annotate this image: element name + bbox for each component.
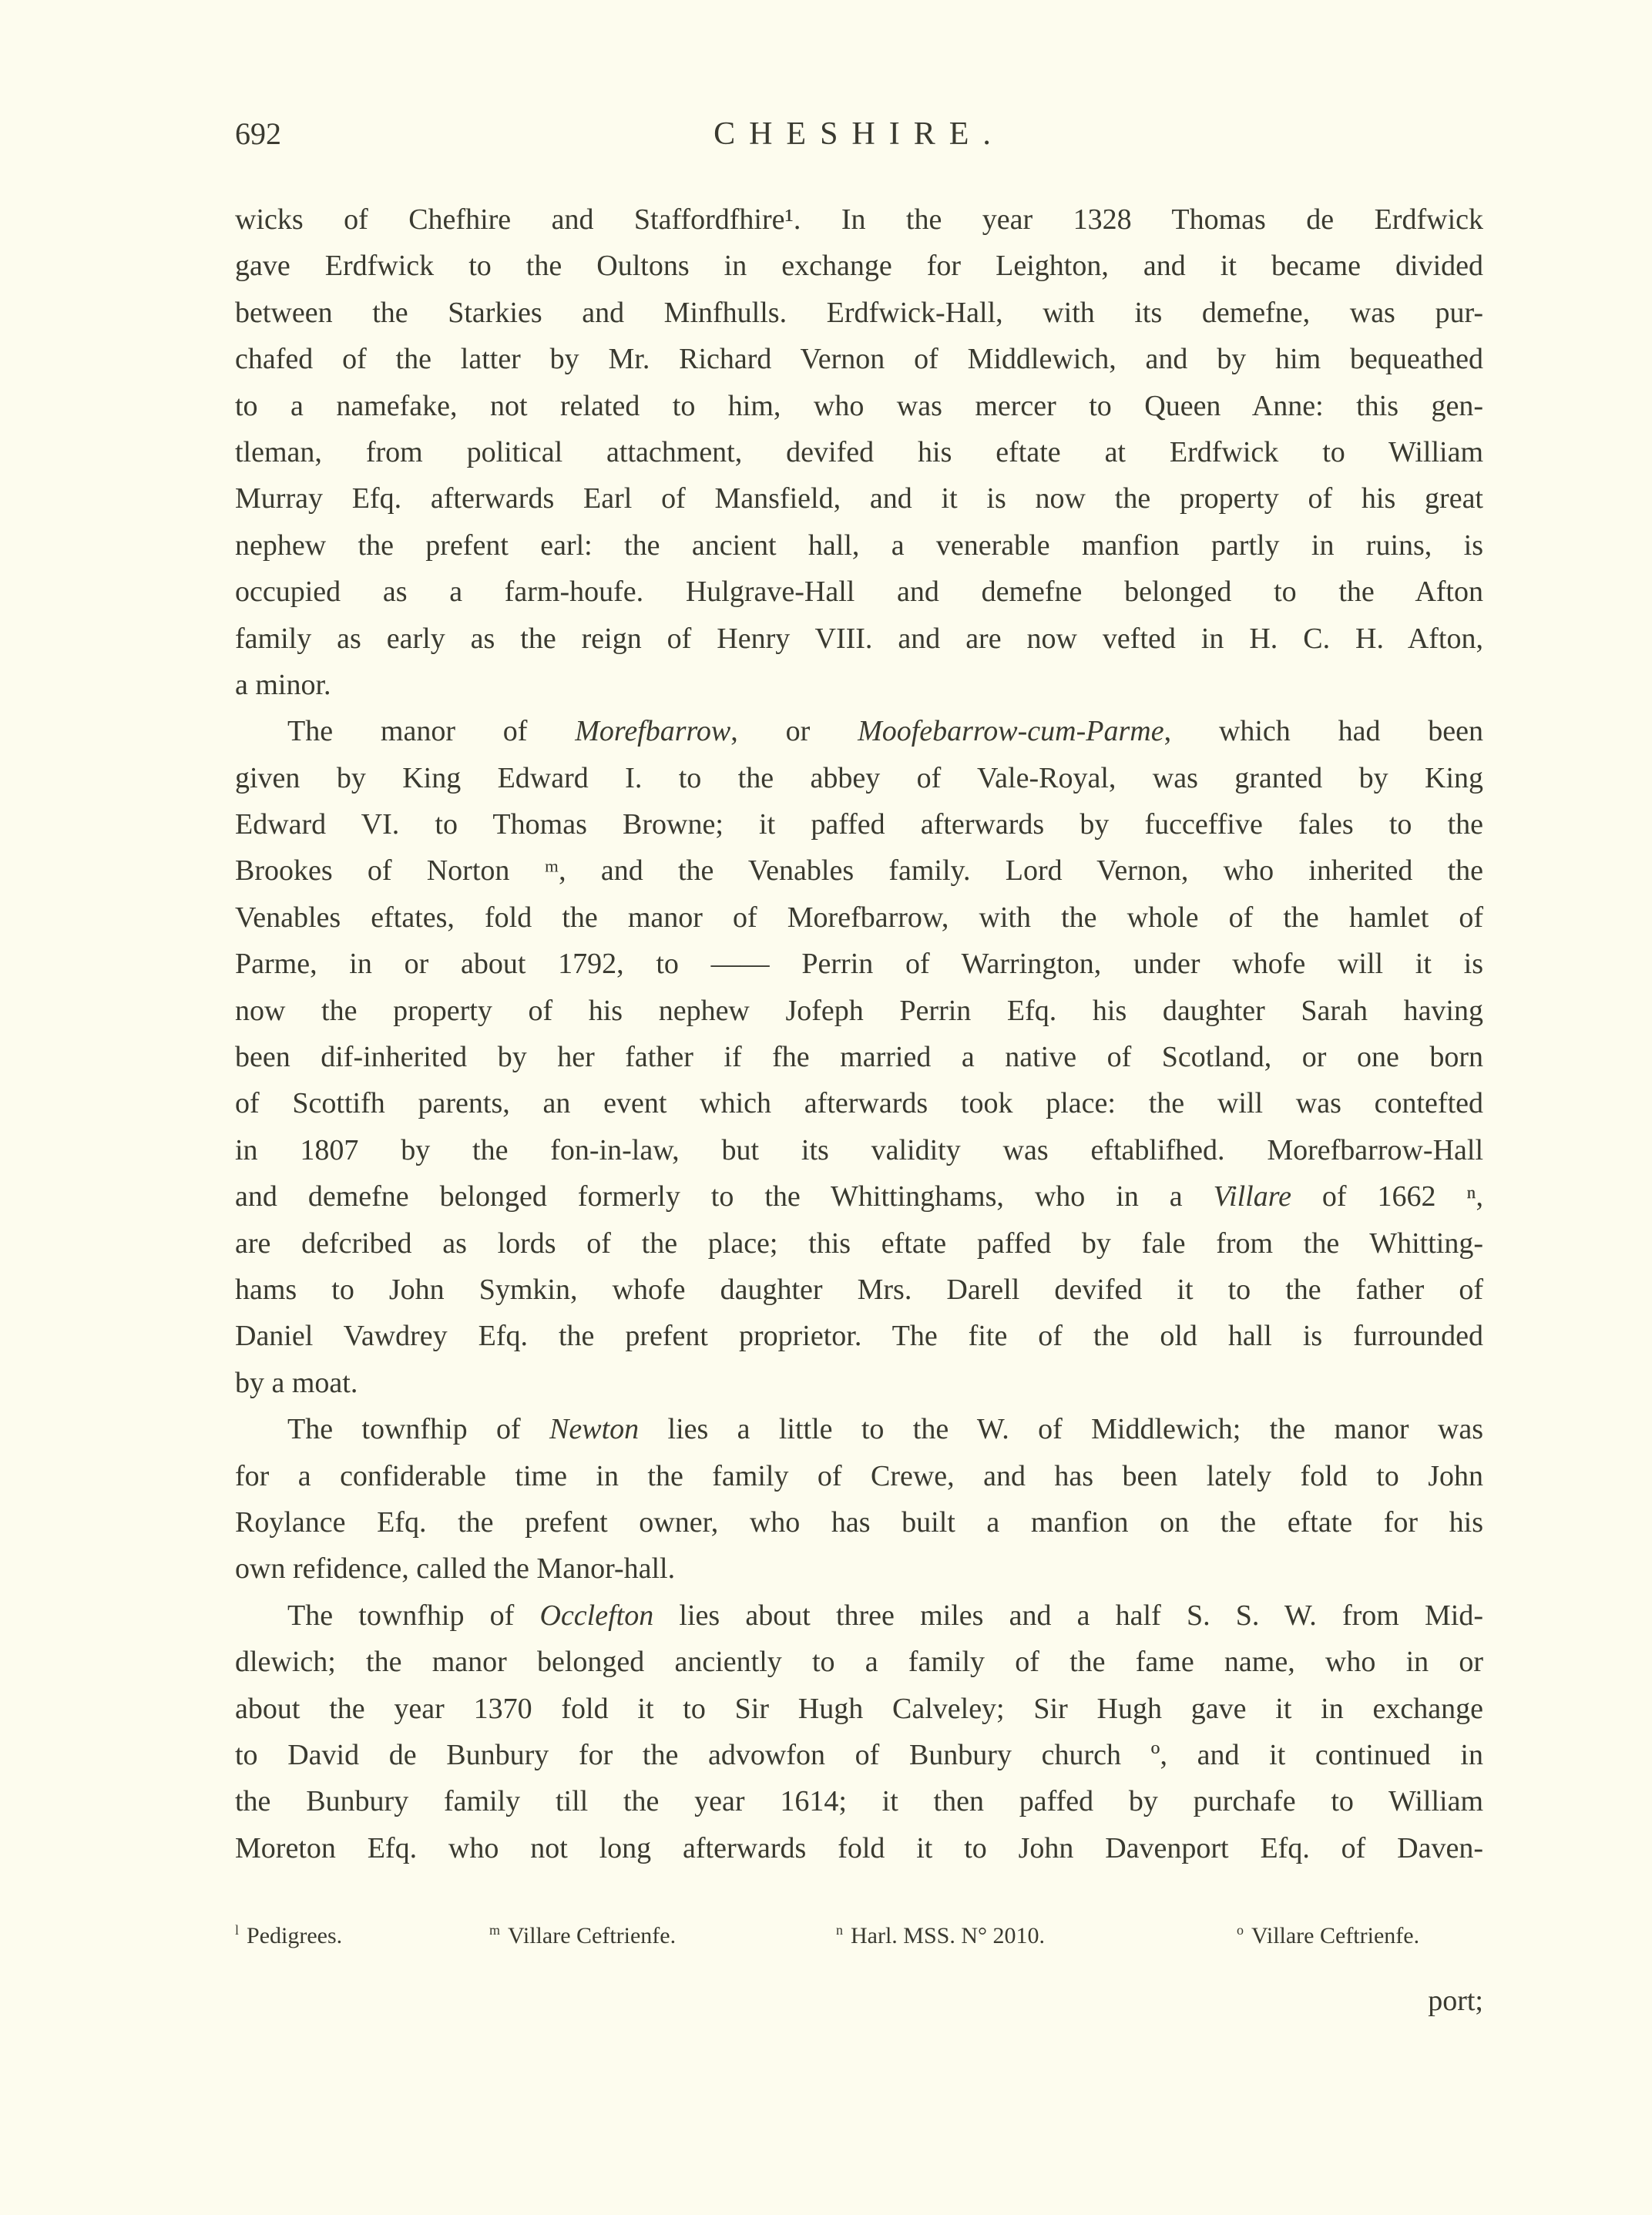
text-line: between the Starkies and Minfhulls. Erdf… [235,290,1483,336]
footnote-mark: l [235,1922,239,1938]
text-line: Daniel Vawdrey Efq. the prefent propriet… [235,1313,1483,1359]
text-line: the Bunbury family till the year 1614; i… [235,1778,1483,1824]
running-title: CHESHIRE. [235,116,1483,153]
footnotes: lPedigrees.mVillare Ceftrienfe.nHarl. MS… [235,1922,1483,1961]
text-line: chafed of the latter by Mr. Richard Vern… [235,336,1483,382]
text-line: now the property of his nephew Jofeph Pe… [235,988,1483,1034]
text-line: own refidence, called the Manor-hall. [235,1545,1483,1592]
footnote: oVillare Ceftrienfe. [1237,1922,1419,1949]
text-line: to a namefake, not related to him, who w… [235,383,1483,429]
text-line: are defcribed as lords of the place; thi… [235,1220,1483,1267]
text-line: The manor of Morefbarrow, or Moofebarrow… [235,708,1483,754]
text-line: been dif-inherited by her father if fhe … [235,1034,1483,1080]
text-line: and demefne belonged formerly to the Whi… [235,1173,1483,1220]
text-line: Parme, in or about 1792, to —— Perrin of… [235,941,1483,987]
text-line: Brookes of Norton ᵐ, and the Venables fa… [235,847,1483,894]
text-line: Roylance Efq. the prefent owner, who has… [235,1499,1483,1545]
footnote-text: Villare Ceftrienfe. [508,1923,676,1948]
text-line: Venables eftates, fold the manor of More… [235,894,1483,941]
text-line: nephew the prefent earl: the ancient hal… [235,522,1483,569]
footnote-text: Pedigrees. [247,1923,342,1948]
text-line: gave Erdfwick to the Oultons in exchange… [235,243,1483,289]
text-line: given by King Edward I. to the abbey of … [235,755,1483,801]
text-line: of Scottifh parents, an event which afte… [235,1080,1483,1126]
catchword: port; [1428,1984,1483,2018]
footnote: lPedigrees. [235,1922,342,1949]
text-line: hams to John Symkin, whofe daughter Mrs.… [235,1267,1483,1313]
text-line: The townfhip of Newton lies a little to … [235,1406,1483,1452]
text-line: about the year 1370 fold it to Sir Hugh … [235,1686,1483,1732]
text-line: tleman, from political attachment, devif… [235,429,1483,475]
footnote: mVillare Ceftrienfe. [489,1922,676,1949]
footnote-text: Villare Ceftrienfe. [1251,1923,1419,1948]
text-line: Edward VI. to Thomas Browne; it paffed a… [235,801,1483,847]
page-header: 692 CHESHIRE. [235,116,1483,162]
text-line: for a confiderable time in the family of… [235,1453,1483,1499]
text-line: wicks of Chefhire and Staffordfhire¹. In… [235,196,1483,243]
book-page: 692 CHESHIRE. wicks of Chefhire and Staf… [0,0,1652,2215]
text-line: dlewich; the manor belonged anciently to… [235,1639,1483,1685]
text-line: a minor. [235,662,1483,708]
text-line: occupied as a farm-houfe. Hulgrave-Hall … [235,569,1483,615]
footnote-mark: o [1237,1922,1244,1938]
text-line: Moreton Efq. who not long afterwards fol… [235,1825,1483,1871]
footnote: nHarl. MSS. N° 2010. [836,1922,1045,1949]
footnote-mark: m [489,1922,500,1938]
text-line: in 1807 by the fon-in-law, but its valid… [235,1127,1483,1173]
text-line: The townfhip of Occlefton lies about thr… [235,1592,1483,1639]
footnote-mark: n [836,1922,843,1938]
text-line: to David de Bunbury for the advowfon of … [235,1732,1483,1778]
text-line: Murray Efq. afterwards Earl of Mansfield… [235,475,1483,522]
text-line: family as early as the reign of Henry VI… [235,616,1483,662]
text-line: by a moat. [235,1360,1483,1406]
footnote-text: Harl. MSS. N° 2010. [851,1923,1045,1948]
body-text: wicks of Chefhire and Staffordfhire¹. In… [235,196,1483,1871]
